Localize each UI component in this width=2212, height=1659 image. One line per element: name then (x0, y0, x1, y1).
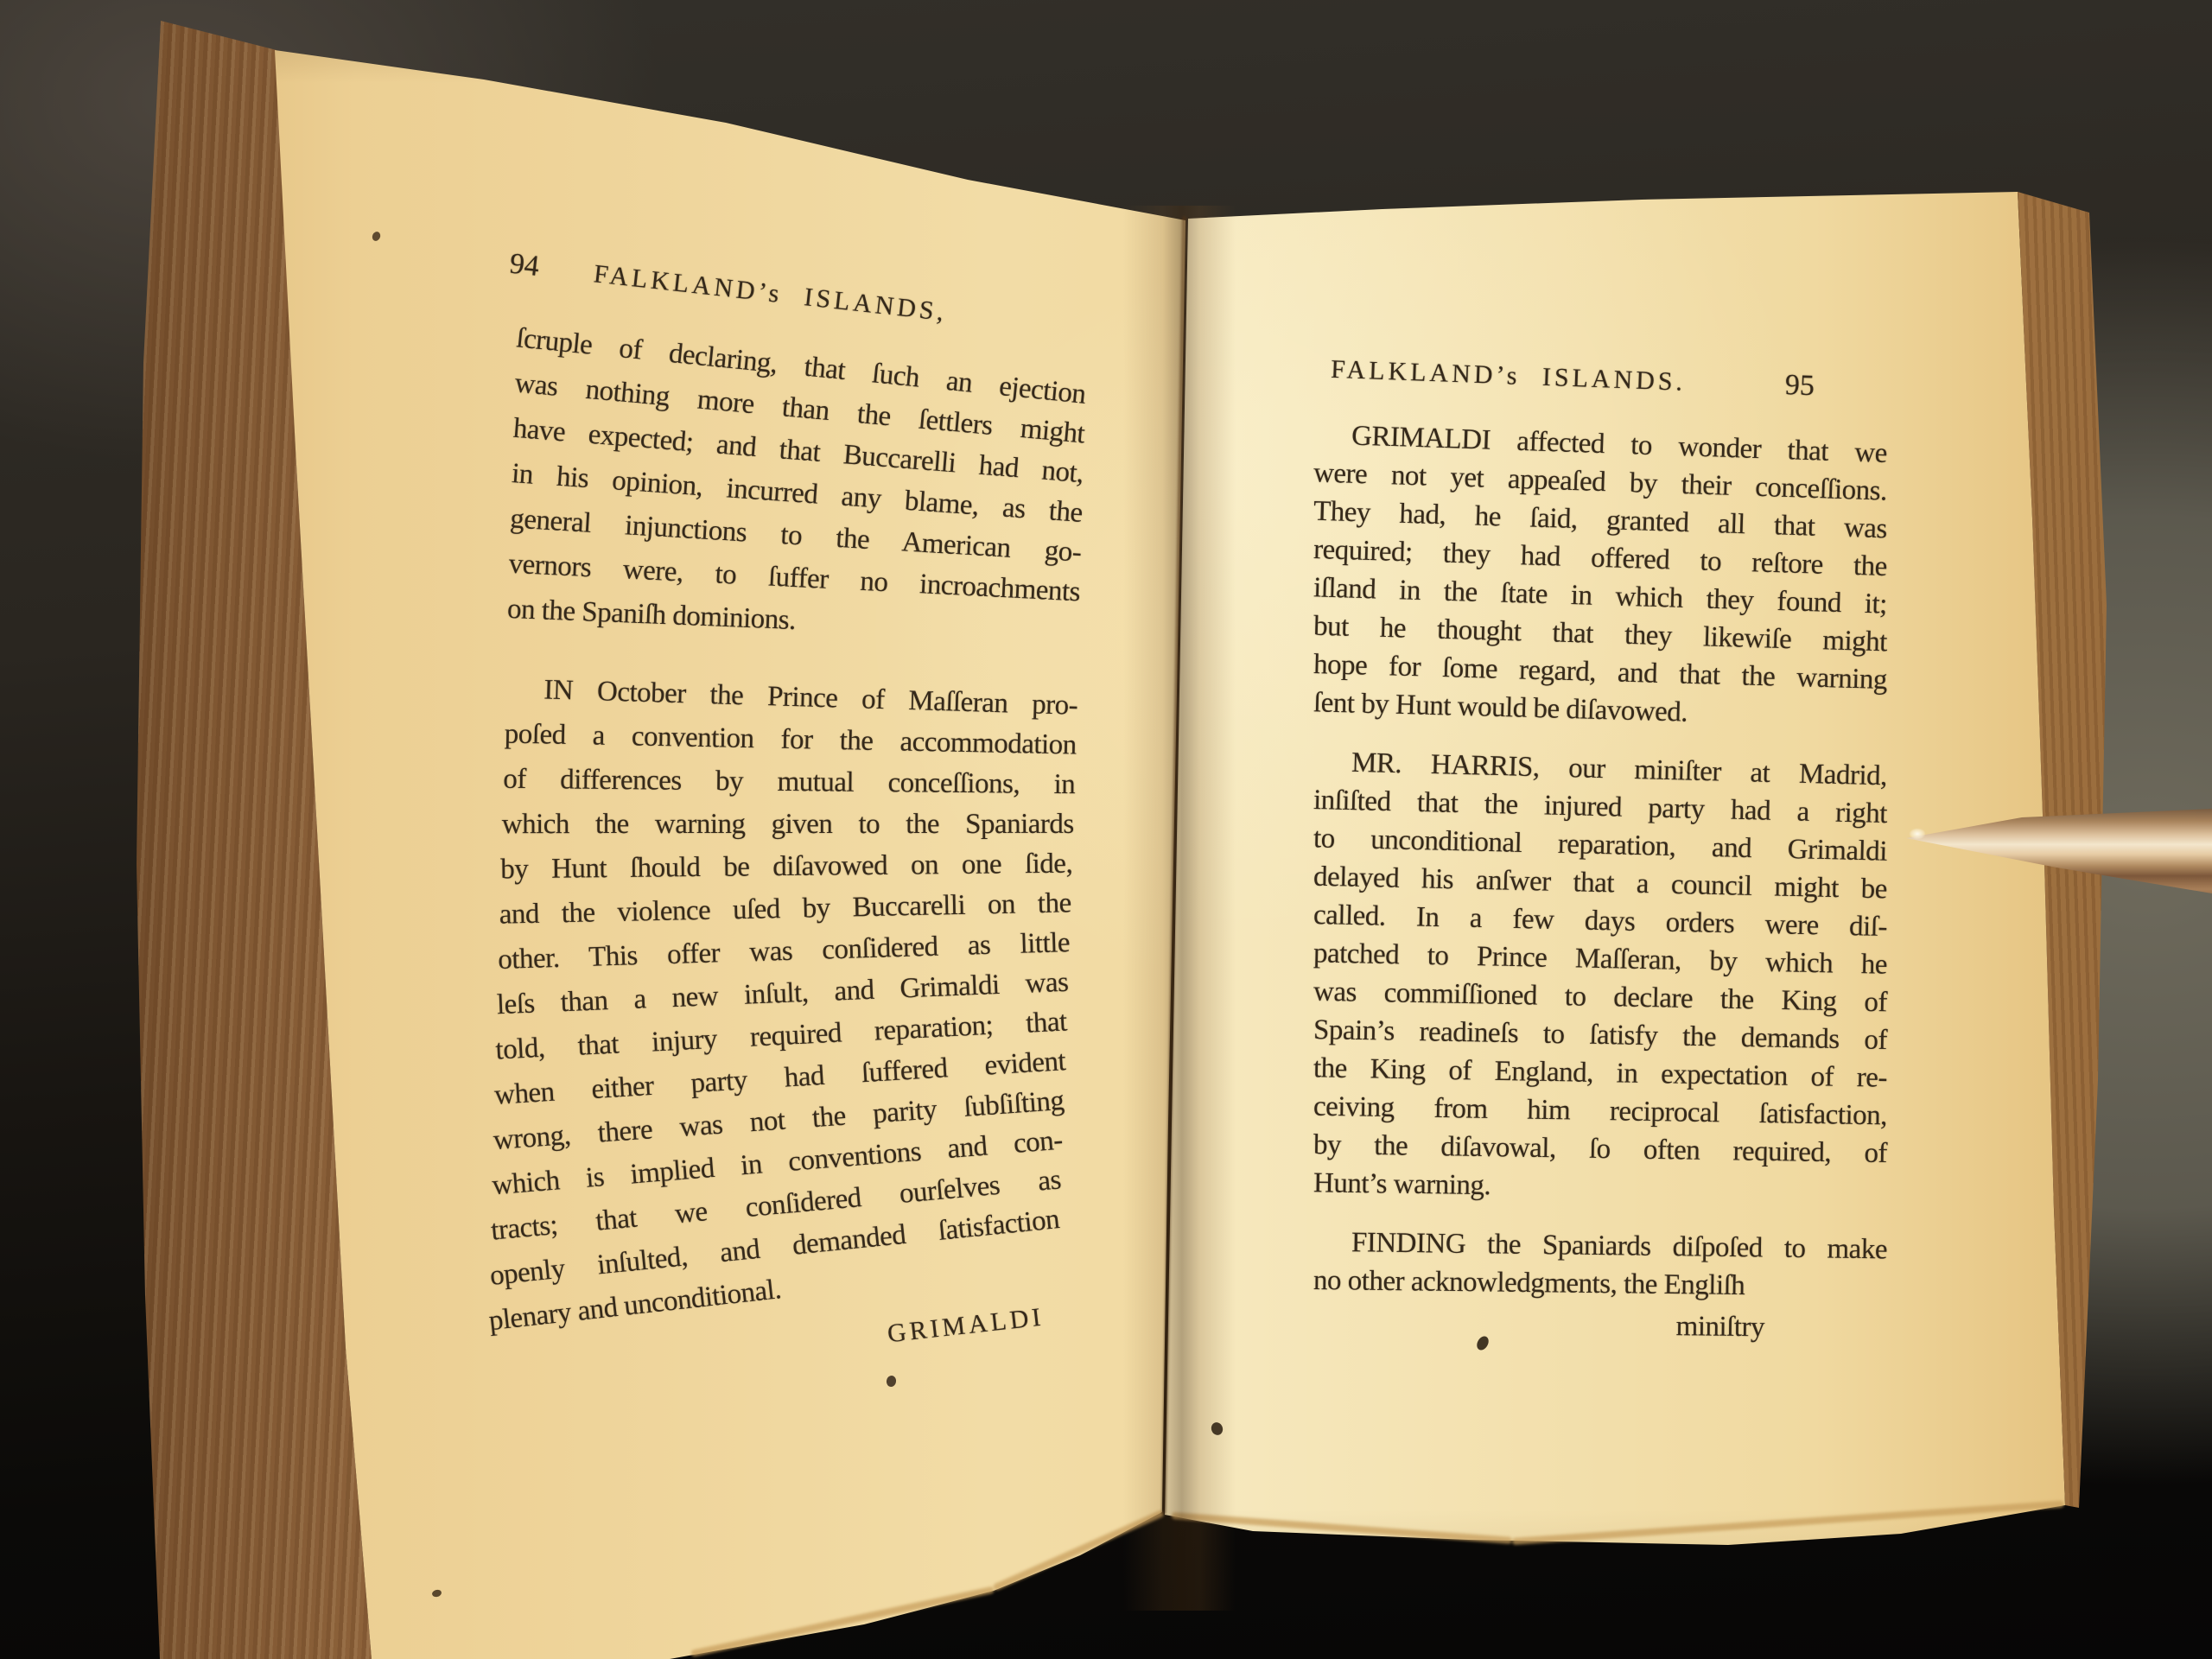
text-line: no other acknowledgments, the Engliſh (1313, 1262, 1887, 1306)
blade-tip-highlight (1906, 826, 1929, 842)
text-line: of differences by mutual conceſſions, in (503, 759, 1075, 806)
book-photograph-scene: 94 FALKLAND’s ISLANDS, FALKLAND’s ISLAND… (0, 0, 2212, 1659)
right-page-text: GRIMALDI affected to wonder that wewere … (1313, 425, 1887, 1344)
catchword: miniſtry (1313, 1303, 1887, 1348)
text-line: which the warning given to the Spaniards (502, 804, 1074, 846)
page-number: 94 (508, 248, 541, 284)
page-number: 95 (1784, 369, 1815, 403)
left-page-text: ſcruple of declaring, that ſuch an eject… (493, 346, 1065, 1368)
text-line: Hunt’s warning. (1313, 1164, 1888, 1210)
